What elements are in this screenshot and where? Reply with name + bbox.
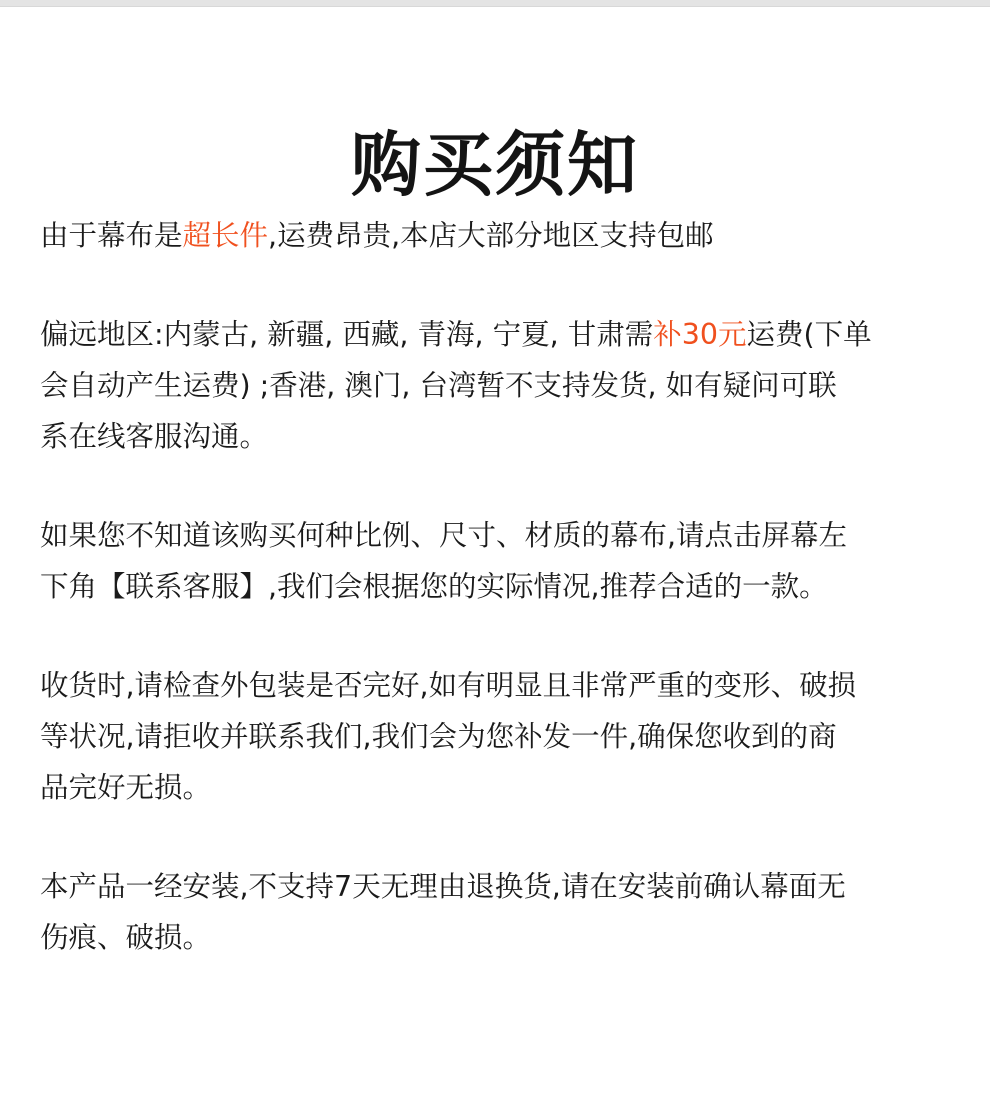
paragraph-shipping-policy: 由于幕布是超长件,运费昂贵,本店大部分地区支持包邮 [40, 210, 960, 261]
text-line: 品完好无损。 [40, 762, 960, 813]
text-segment: 如果您不知道该购买何种比例、尺寸、材质的幕布,请点击屏幕左 [40, 519, 847, 552]
text-segment: ,运费昂贵,本店大部分地区支持包邮 [268, 219, 714, 252]
text-line: 由于幕布是超长件,运费昂贵,本店大部分地区支持包邮 [40, 210, 960, 261]
highlight-surcharge: 补30元 [653, 318, 746, 351]
paragraph-delivery-inspection: 收货时,请检查外包装是否完好,如有明显且非常严重的变形、破损 等状况,请拒收并联… [40, 660, 960, 813]
top-divider-band [0, 0, 990, 7]
text-line: 收货时,请检查外包装是否完好,如有明显且非常严重的变形、破损 [40, 660, 960, 711]
text-line: 如果您不知道该购买何种比例、尺寸、材质的幕布,请点击屏幕左 [40, 510, 960, 561]
highlight-oversized-item: 超长件 [183, 219, 269, 252]
page-title: 购买须知 [0, 125, 990, 205]
text-line: 本产品一经安装,不支持7天无理由退换货,请在安装前确认幕面无 [40, 861, 960, 912]
text-line: 偏远地区:内蒙古, 新疆, 西藏, 青海, 宁夏, 甘肃需补30元运费(下单 [40, 309, 960, 360]
text-segment: 运费(下单 [746, 318, 871, 351]
text-segment: 由于幕布是 [40, 219, 183, 252]
paragraph-remote-areas: 偏远地区:内蒙古, 新疆, 西藏, 青海, 宁夏, 甘肃需补30元运费(下单 会… [40, 309, 960, 462]
text-segment: 偏远地区:内蒙古, 新疆, 西藏, 青海, 宁夏, 甘肃需 [40, 318, 653, 351]
text-line: 伤痕、破损。 [40, 912, 960, 963]
text-segment: 伤痕、破损。 [40, 921, 211, 954]
notice-content: 由于幕布是超长件,运费昂贵,本店大部分地区支持包邮 偏远地区:内蒙古, 新疆, … [40, 210, 960, 1011]
text-segment: 等状况,请拒收并联系我们,我们会为您补发一件,确保您收到的商 [40, 720, 837, 753]
text-line: 等状况,请拒收并联系我们,我们会为您补发一件,确保您收到的商 [40, 711, 960, 762]
paragraph-contact-service: 如果您不知道该购买何种比例、尺寸、材质的幕布,请点击屏幕左 下角【联系客服】,我… [40, 510, 960, 612]
text-segment: 下角【联系客服】,我们会根据您的实际情况,推荐合适的一款。 [40, 570, 828, 603]
text-segment: 品完好无损。 [40, 771, 211, 804]
text-segment: 本产品一经安装,不支持7天无理由退换货,请在安装前确认幕面无 [40, 870, 846, 903]
text-segment: 系在线客服沟通。 [40, 420, 268, 453]
paragraph-return-policy: 本产品一经安装,不支持7天无理由退换货,请在安装前确认幕面无 伤痕、破损。 [40, 861, 960, 963]
text-segment: 收货时,请检查外包装是否完好,如有明显且非常严重的变形、破损 [40, 669, 856, 702]
text-segment: 会自动产生运费) ;香港, 澳门, 台湾暂不支持发货, 如有疑问可联 [40, 369, 837, 402]
text-line: 会自动产生运费) ;香港, 澳门, 台湾暂不支持发货, 如有疑问可联 [40, 360, 960, 411]
text-line: 系在线客服沟通。 [40, 411, 960, 462]
text-line: 下角【联系客服】,我们会根据您的实际情况,推荐合适的一款。 [40, 561, 960, 612]
